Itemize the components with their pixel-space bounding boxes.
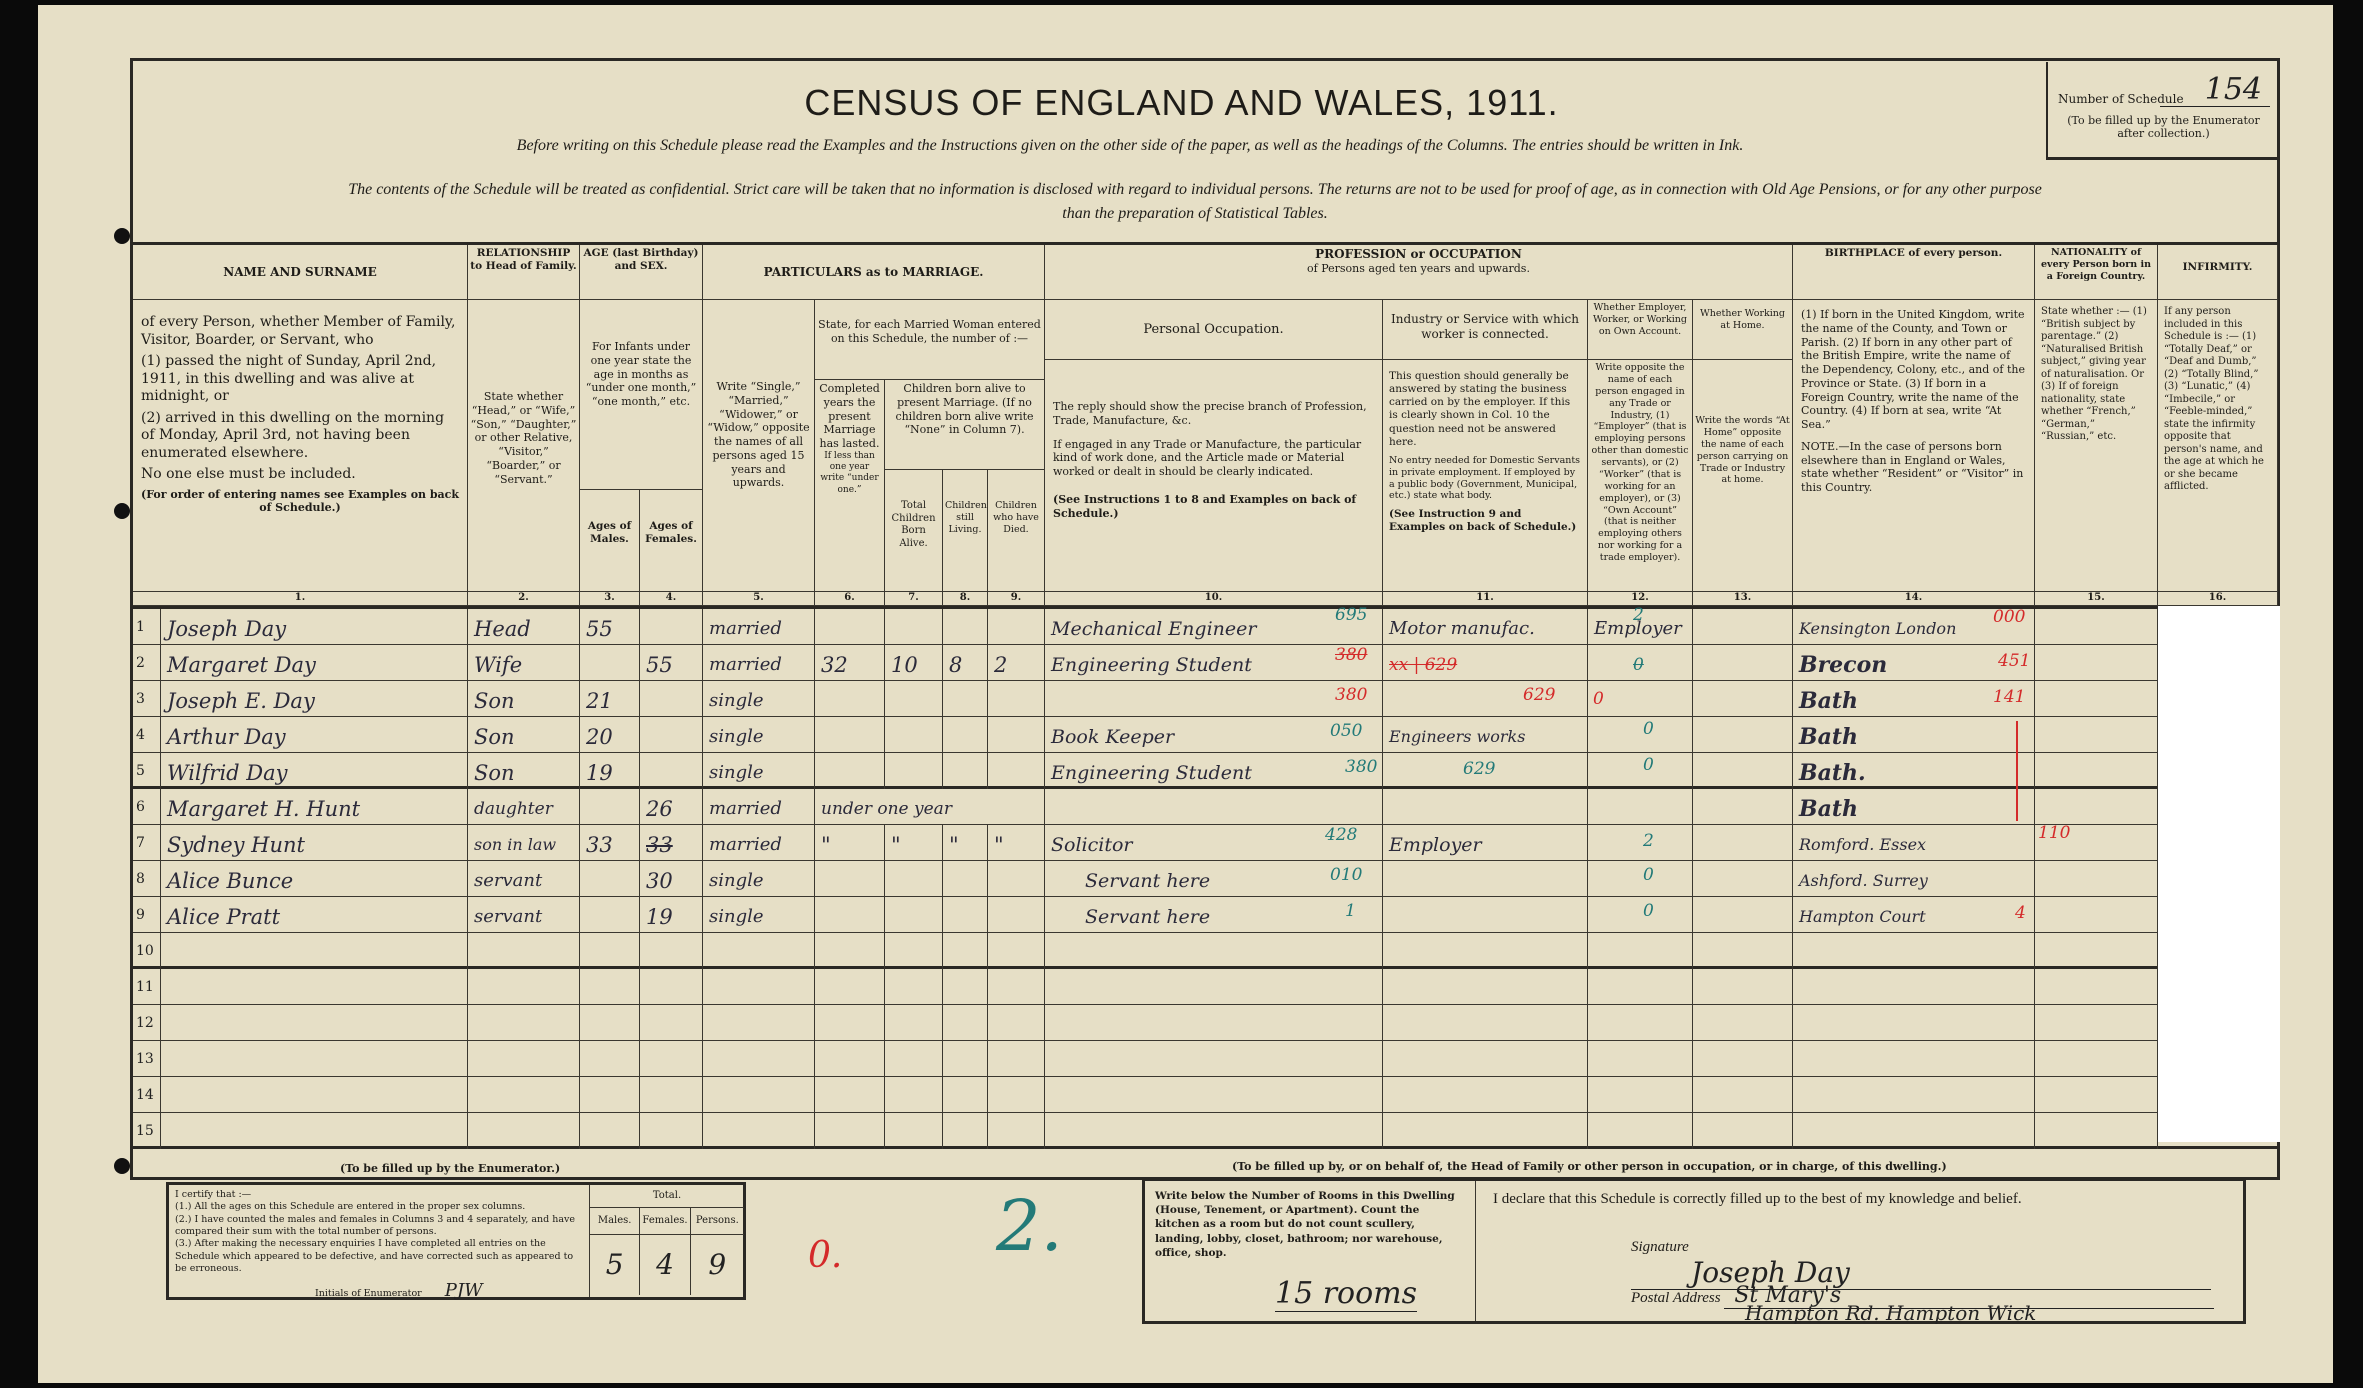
working-at-home-header: Whether Working at Home. (1693, 300, 1793, 360)
birthplace-cell[interactable]: Kensington London000 (1793, 609, 2035, 645)
person-name[interactable]: Joseph Day (161, 609, 468, 645)
table-row: 3 Joseph E. Day Son 21 single 380 629 0 … (133, 681, 2278, 717)
birthplace: Brecon (1799, 652, 1887, 678)
total-label: Total. (590, 1185, 744, 1208)
instruction-line: Before writing on this Schedule please r… (420, 137, 1840, 155)
total-children-header: Total Children Born Alive. (885, 470, 943, 592)
industry[interactable]: xx | 629 (1383, 645, 1588, 681)
birthplace-instructions: (1) If born in the United Kingdom, write… (1793, 300, 2035, 592)
industry[interactable]: Employer (1383, 825, 1588, 861)
total-persons[interactable]: 9 (691, 1235, 744, 1295)
row-number: 8 (133, 861, 161, 897)
col-num-7: 7. (885, 592, 943, 606)
table-row: 1 Joseph Day Head 55 married Mechanical … (133, 609, 2278, 645)
occupation-cell[interactable]: Servant here1 (1045, 897, 1383, 933)
nationality[interactable] (2035, 645, 2158, 681)
table-row: 6 Margaret H. Hunt daughter 26 married u… (133, 789, 2278, 825)
person-name[interactable]: Arthur Day (161, 717, 468, 753)
working-at-home[interactable] (1693, 645, 1793, 681)
header-age: AGE (last Birthday) and SEX. (580, 245, 703, 300)
row-number: 1 (133, 609, 161, 645)
table-row: 15 (133, 1113, 2278, 1149)
industry[interactable]: Motor manufac. (1383, 609, 1588, 645)
relationship[interactable]: daughter (468, 789, 580, 825)
marital-status[interactable]: single (703, 681, 815, 717)
name-instructions: of every Person, whether Member of Famil… (133, 300, 468, 592)
children-total[interactable] (885, 609, 943, 645)
occupation: Mechanical Engineer (1051, 618, 1256, 640)
years-married[interactable]: " (815, 825, 885, 861)
married-woman-instructions: State, for each Married Woman entered on… (815, 300, 1045, 380)
birthplace-cell[interactable]: Bath. (1793, 753, 2035, 789)
employer-cell[interactable]: 0 (1588, 897, 1693, 933)
blue-annotation: 2. (996, 1185, 1063, 1267)
row-number: 6 (133, 789, 161, 825)
header-name: NAME AND SURNAME (133, 245, 468, 300)
employer-cell[interactable]: 0 (1588, 861, 1693, 897)
years-married-note: If less than one year write “under one.” (817, 451, 882, 496)
infirmity-instructions: If any person included in this Schedule … (2158, 300, 2278, 592)
name-body-3: (2) arrived in this dwelling on the morn… (141, 410, 459, 463)
personal-body-1: The reply should show the precise branch… (1053, 400, 1374, 428)
marital-status[interactable]: married (703, 789, 815, 825)
industry-body-2: No entry needed for Domestic Servants in… (1389, 455, 1581, 503)
enumerator-certification-box: I certify that :— (1.) All the ages on t… (166, 1182, 746, 1300)
row-number: 7 (133, 825, 161, 861)
years-married[interactable]: 32 (815, 645, 885, 681)
employer-instructions: Write opposite the name of each person e… (1588, 360, 1693, 592)
occupation-title: PROFESSION or OCCUPATION (1047, 247, 1790, 262)
row-number: 12 (133, 1005, 161, 1041)
age-male[interactable]: 21 (580, 681, 640, 717)
header-marriage: PARTICULARS as to MARRIAGE. (703, 245, 1045, 300)
table-row: 7 Sydney Hunt son in law 33 33 married "… (133, 825, 2278, 861)
occupation: Servant here (1085, 906, 1210, 928)
age-female[interactable] (640, 717, 703, 753)
persons-label: Persons. (691, 1208, 744, 1234)
header-birthplace: BIRTHPLACE of every person. (1793, 245, 2035, 300)
rooms-box: Write below the Number of Rooms in this … (1145, 1181, 1476, 1321)
total-males[interactable]: 5 (590, 1235, 640, 1295)
relationship[interactable]: servant (468, 861, 580, 897)
age-female[interactable]: 19 (640, 897, 703, 933)
table-row: 14 (133, 1077, 2278, 1113)
occupation-code: 380 (1345, 747, 1377, 787)
redacted-infirmity-column (2158, 606, 2280, 1142)
industry-cell[interactable]: 629 (1383, 753, 1588, 789)
birthplace-code: 141 (1993, 677, 2025, 717)
birthplace-cell[interactable]: Bath141 (1793, 681, 2035, 717)
col-num-11: 11. (1383, 592, 1588, 606)
males-label: Males. (590, 1208, 640, 1234)
relationship[interactable]: Head (468, 609, 580, 645)
employer-code: 0 (1633, 645, 1644, 685)
row-number: 9 (133, 897, 161, 933)
header-relationship: RELATIONSHIP to Head of Family. (468, 245, 580, 300)
birthplace: Bath (1799, 688, 1858, 714)
birthplace-cell[interactable]: Brecon451 (1793, 645, 2035, 681)
children-born-header: Children born alive to present Marriage.… (885, 380, 1045, 470)
occupation-code: 050 (1330, 711, 1362, 751)
name-body-4: No one else must be included. (141, 466, 459, 484)
employer-code: 0 (1643, 745, 1654, 785)
marital-status[interactable]: married (703, 825, 815, 861)
children-living[interactable]: " (943, 825, 988, 861)
person-name[interactable]: Alice Pratt (161, 897, 468, 933)
age-male[interactable] (580, 861, 640, 897)
schedule-number-box: Number of Schedule 154 (To be filled up … (2046, 62, 2280, 160)
head-section-heading: (To be filled up by, or on behalf of, th… (1232, 1160, 1947, 1173)
row-number: 3 (133, 681, 161, 717)
punch-hole (114, 228, 130, 244)
occupation-code: 380 (1335, 675, 1367, 715)
page-title: CENSUS OF ENGLAND AND WALES, 1911. (0, 82, 2363, 124)
occupation-cell[interactable]: Engineering Student 380 (1045, 645, 1383, 681)
birthplace: Hampton Court (1799, 907, 1926, 926)
occupation-code: 380 (1335, 635, 1367, 675)
relationship[interactable]: son in law (468, 825, 580, 861)
ages-of-males-header: Ages of Males. (580, 490, 640, 592)
table-row: 13 (133, 1041, 2278, 1077)
header-nationality: NATIONALITY of every Person born in a Fo… (2035, 245, 2158, 300)
age-male[interactable]: 33 (580, 825, 640, 861)
certify-3: (2.) I have counted the males and female… (175, 1214, 587, 1239)
occupation-code: 010 (1330, 855, 1362, 895)
occupation-cell[interactable]: Book Keeper050 (1045, 717, 1383, 753)
children-total[interactable]: 10 (885, 645, 943, 681)
initials-row: Initials of Enumerator PJW (175, 1279, 587, 1302)
col-num-13: 13. (1693, 592, 1793, 606)
age-female[interactable] (640, 753, 703, 789)
table-row: 12 (133, 1005, 2278, 1041)
row-number: 5 (133, 753, 161, 789)
working-at-home[interactable] (1693, 609, 1793, 645)
age-male[interactable]: 20 (580, 717, 640, 753)
punch-hole (114, 1158, 130, 1174)
total-females[interactable]: 4 (640, 1235, 690, 1295)
row-number: 11 (133, 969, 161, 1005)
industry-instructions: This question should generally be answer… (1383, 360, 1588, 592)
children-died-header: Children who have Died. (988, 470, 1045, 592)
col-num-8: 8. (943, 592, 988, 606)
birthplace-cell[interactable]: Bath (1793, 789, 2035, 825)
industry-body-1: This question should generally be answer… (1389, 370, 1581, 449)
personal-body-2: If engaged in any Trade or Manufacture, … (1053, 438, 1374, 479)
employer-code: 2 (1633, 595, 1644, 635)
schedule-note: (To be filled up by the Enumerator after… (2056, 114, 2271, 140)
name-body-1: of every Person, whether Member of Famil… (141, 314, 459, 349)
table-row: 5 Wilfrid Day Son 19 single Engineering … (133, 753, 2278, 789)
confidential-line-2: than the preparation of Statistical Tabl… (150, 205, 2240, 223)
header-occupation: PROFESSION or OCCUPATION of Persons aged… (1045, 245, 1793, 300)
employer-cell[interactable]: Employer2 (1588, 609, 1693, 645)
table-row: 4 Arthur Day Son 20 single Book Keeper05… (133, 717, 2278, 753)
occupation-code: 695 (1335, 595, 1367, 635)
children-died[interactable] (988, 609, 1045, 645)
children-living[interactable]: 8 (943, 645, 988, 681)
red-annotation-line (2016, 721, 2018, 821)
rooms-instruction: Write below the Number of Rooms in this … (1145, 1181, 1475, 1268)
head-declaration-box: Write below the Number of Rooms in this … (1142, 1178, 2246, 1324)
table-row: 11 (133, 969, 2278, 1005)
marital-status[interactable]: married (703, 645, 815, 681)
occupation-cell[interactable]: Servant here010 (1045, 861, 1383, 897)
name-body-5: (For order of entering names see Example… (141, 488, 459, 516)
row-number: 14 (133, 1077, 161, 1113)
nationality-instructions: State whether :— (1) “British subject by… (2035, 300, 2158, 592)
certify-1: I certify that :— (175, 1189, 587, 1201)
working-at-home-instructions: Write the words “At Home” opposite the n… (1693, 360, 1793, 592)
col-num-2: 2. (468, 592, 580, 606)
years-married[interactable] (815, 609, 885, 645)
age-female[interactable]: 55 (640, 645, 703, 681)
marital-status[interactable]: single (703, 861, 815, 897)
col-num-16: 16. (2158, 592, 2278, 606)
birthplace-cell[interactable]: Hampton Court4 (1793, 897, 2035, 933)
birthplace-note: NOTE.—In the case of persons born elsewh… (1801, 440, 2026, 495)
employer-code: 0 (1643, 855, 1654, 895)
years-married-label: Completed years the present Marriage has… (817, 382, 882, 451)
employer-cell[interactable]: 0 (1588, 717, 1693, 753)
marital-status[interactable]: single (703, 717, 815, 753)
person-name[interactable]: Joseph E. Day (161, 681, 468, 717)
birthplace-body: (1) If born in the United Kingdom, write… (1801, 308, 2026, 432)
personal-occupation-instructions: The reply should show the precise branch… (1045, 360, 1383, 592)
employer-cell[interactable]: 0 (1588, 681, 1693, 717)
col-num-1: 1. (133, 592, 468, 606)
row-number: 2 (133, 645, 161, 681)
census-rows: 1 Joseph Day Head 55 married Mechanical … (133, 609, 2278, 1149)
table-row: 8 Alice Bunce servant 30 single Servant … (133, 861, 2278, 897)
marital-status[interactable]: single (703, 753, 815, 789)
rooms-count[interactable]: 15 rooms (1275, 1276, 1417, 1312)
row-number: 15 (133, 1113, 161, 1149)
employer-header: Whether Employer, Worker, or Working on … (1588, 300, 1693, 360)
employer-cell[interactable]: 2 (1588, 825, 1693, 861)
age-male[interactable] (580, 645, 640, 681)
birthplace: Bath (1799, 724, 1858, 750)
col-num-6: 6. (815, 592, 885, 606)
years-married-header: Completed years the present Marriage has… (815, 380, 885, 592)
employer-cell[interactable]: 0 (1588, 645, 1693, 681)
certify-4: (3.) After making the necessary enquirie… (175, 1238, 587, 1275)
industry-body-3: (See Instruction 9 and Examples on back … (1389, 508, 1581, 534)
ages-of-females-header: Ages of Females. (640, 490, 703, 592)
row-number: 13 (133, 1041, 161, 1077)
birthplace-code: 4 (2015, 893, 2026, 933)
birthplace-code: 000 (1993, 597, 2025, 637)
person-name[interactable]: Alice Bunce (161, 861, 468, 897)
marital-status[interactable]: single (703, 897, 815, 933)
birthplace: Bath. (1799, 760, 1866, 786)
birthplace-cell[interactable]: Bath (1793, 717, 2035, 753)
enumerator-heading: (To be filled up by the Enumerator.) (340, 1162, 560, 1175)
personal-occupation-header: Personal Occupation. (1045, 300, 1383, 360)
age-female[interactable] (640, 681, 703, 717)
occupation-cell[interactable]: Mechanical Engineer 695 (1045, 609, 1383, 645)
age-male[interactable]: 19 (580, 753, 640, 789)
address-line-2[interactable]: Hampton Rd. Hampton Wick (1745, 1301, 2225, 1325)
occupation: Engineering Student (1051, 762, 1252, 784)
person-name[interactable]: Sydney Hunt (161, 825, 468, 861)
marital-status[interactable]: married (703, 609, 815, 645)
occupation: Engineering Student (1051, 654, 1252, 676)
industry-cell[interactable]: 629 (1383, 681, 1588, 717)
header-infirmity: INFIRMITY. (2158, 245, 2278, 300)
industry-code: 629 (1463, 749, 1495, 789)
relationship[interactable]: Son (468, 681, 580, 717)
age-instructions: For Infants under one year state the age… (580, 300, 703, 490)
relationship[interactable]: Wife (468, 645, 580, 681)
enumerator-initials[interactable]: PJW (445, 1280, 483, 1301)
children-total[interactable]: " (885, 825, 943, 861)
years-married[interactable]: under one year (815, 789, 1045, 825)
birthplace: Bath (1799, 796, 1858, 822)
punch-hole (114, 503, 130, 519)
occupation: Book Keeper (1051, 726, 1174, 748)
person-name[interactable]: Margaret H. Hunt (161, 789, 468, 825)
col-num-10: 10. (1045, 592, 1383, 606)
birthplace: Kensington London (1799, 619, 1956, 638)
red-annotation: 0. (808, 1235, 842, 1276)
age-female[interactable] (640, 609, 703, 645)
employer-code: 0 (1643, 709, 1654, 749)
totals-box: Total. Males. Females. Persons. 5 4 9 (589, 1185, 744, 1297)
address-label: Postal Address (1631, 1290, 1721, 1306)
birthplace: Romford. Essex (1799, 835, 1926, 854)
children-living-header: Children still Living. (943, 470, 988, 592)
children-living[interactable] (943, 609, 988, 645)
person-name[interactable]: Margaret Day (161, 645, 468, 681)
col-num-3: 3. (580, 592, 640, 606)
relationship[interactable]: Son (468, 717, 580, 753)
occupation: Solicitor (1051, 834, 1132, 856)
birthplace-cell[interactable]: Romford. Essex110 (1793, 825, 2035, 861)
nationality[interactable] (2035, 609, 2158, 645)
table-row: 2 Margaret Day Wife 55 married 32 10 8 2… (133, 645, 2278, 681)
females-label: Females. (640, 1208, 690, 1234)
birthplace-code: 451 (1998, 641, 2030, 681)
col-num-4: 4. (640, 592, 703, 606)
age-male[interactable] (580, 897, 640, 933)
occupation-code: 428 (1325, 815, 1357, 855)
occupation-code: 1 (1345, 891, 1356, 931)
employer-code: 0 (1593, 679, 1604, 719)
age-female[interactable]: 33 (640, 825, 703, 861)
relationship[interactable]: servant (468, 897, 580, 933)
age-female[interactable]: 26 (640, 789, 703, 825)
industry-code: 629 (1523, 675, 1555, 715)
certify-text: I certify that :— (1.) All the ages on t… (175, 1189, 587, 1303)
industry-header: Industry or Service with which worker is… (1383, 300, 1588, 360)
row-number: 4 (133, 717, 161, 753)
relationship-instructions: State whether “Head,” or “Wife,” “Son,” … (468, 300, 580, 592)
schedule-label: Number of Schedule (2058, 92, 2184, 106)
age-female[interactable]: 30 (640, 861, 703, 897)
declaration-text: I declare that this Schedule is correctl… (1493, 1191, 2022, 1208)
initials-label: Initials of Enumerator (315, 1288, 422, 1299)
occupation: Servant here (1085, 870, 1210, 892)
age-male[interactable]: 55 (580, 609, 640, 645)
occupation-cell[interactable]: Engineering Student380 (1045, 753, 1383, 789)
relationship[interactable]: Son (468, 753, 580, 789)
signature-label: Signature (1631, 1239, 1689, 1255)
schedule-number[interactable]: 154 (2205, 72, 2262, 107)
table-row: 10 (133, 933, 2278, 969)
industry: Engineers works (1389, 727, 1525, 746)
children-died[interactable]: " (988, 825, 1045, 861)
confidential-line: The contents of the Schedule will be tre… (150, 181, 2240, 199)
certify-2: (1.) All the ages on this Schedule are e… (175, 1201, 587, 1213)
children-died[interactable]: 2 (988, 645, 1045, 681)
marital-status-instructions: Write “Single,” “Married,” “Widower,” or… (703, 300, 815, 592)
row-number: 10 (133, 933, 161, 969)
birthplace: Ashford. Surrey (1799, 871, 1928, 890)
occupation-subtitle: of Persons aged ten years and upwards. (1047, 262, 1790, 276)
birthplace-cell[interactable]: Ashford. Surrey (1793, 861, 2035, 897)
col-num-9: 9. (988, 592, 1045, 606)
person-name[interactable]: Wilfrid Day (161, 753, 468, 789)
table-row: 9 Alice Pratt servant 19 single Servant … (133, 897, 2278, 933)
industry-cell[interactable]: Engineers works (1383, 717, 1588, 753)
employer-code: 0 (1643, 891, 1654, 931)
col-num-15: 15. (2035, 592, 2158, 606)
personal-body-3: (See Instructions 1 to 8 and Examples on… (1053, 493, 1374, 521)
name-body-2: (1) passed the night of Sunday, April 2n… (141, 353, 459, 406)
age-male[interactable] (580, 789, 640, 825)
employer-cell[interactable]: 0 (1588, 753, 1693, 789)
col-num-5: 5. (703, 592, 815, 606)
